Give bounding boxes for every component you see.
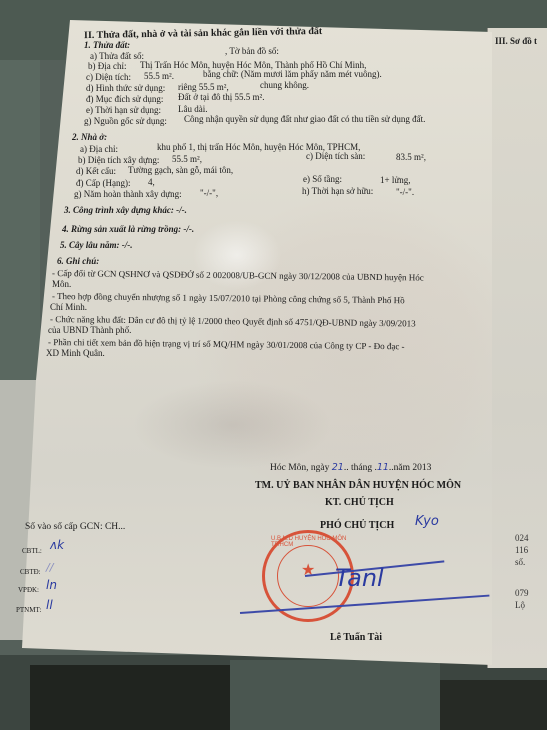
floor-area-label: c) Diện tích sàn:: [306, 151, 365, 162]
date-month: 11: [377, 462, 389, 473]
floor-area-value: 83.5 m²,: [396, 152, 426, 163]
perennial-trees: 5. Cây lâu năm: -/-.: [60, 240, 133, 251]
background-cloth: [30, 665, 230, 730]
note-line: Chí Minh.: [50, 302, 87, 313]
registry-initial-mark: ln: [46, 580, 57, 591]
usage-form-shared: chung không.: [260, 80, 309, 91]
registry-initial-mark: ll: [46, 600, 53, 611]
right-page: [487, 28, 547, 668]
authority-title: TM. UỶ BAN NHÂN DÂN HUYỆN HÓC MÔN: [255, 480, 461, 491]
date-day: 21: [332, 462, 344, 473]
map-sheet-label: , Tờ bản đồ số:: [225, 46, 279, 57]
registry-initial-label: VPĐK:: [18, 585, 39, 596]
right-page-fragment: 079: [515, 588, 529, 598]
right-page-heading: III. Sơ đồ t: [495, 36, 537, 46]
other-construction: 3. Công trình xây dựng khác: -/-.: [64, 205, 187, 216]
note-line: XD Minh Quân.: [46, 348, 105, 359]
usage-origin-value: Công nhận quyền sử dụng đất như giao đất…: [184, 114, 425, 125]
usage-purpose-label: đ) Mục đích sử dụng:: [86, 94, 163, 105]
note-line: của UBND Thành phố.: [48, 325, 131, 336]
land-area-words: bằng chữ: (Năm mươi lăm phẩy năm mét vuô…: [203, 69, 382, 80]
structure-value: Tường gạch, sàn gỗ, mái tôn,: [128, 165, 233, 176]
date-month-label: tháng: [351, 463, 372, 473]
note-line: Môn.: [52, 279, 71, 290]
signer-role-1: KT. CHỦ TỊCH: [325, 497, 394, 508]
background-cloth: [230, 660, 440, 730]
right-page-fragment: 024: [515, 533, 529, 543]
signer-role-2: PHÓ CHỦ TỊCH: [320, 520, 394, 531]
registry-initial-label: PTNMT:: [16, 605, 41, 616]
grade-value: 4,: [148, 177, 155, 188]
land-area-label: c) Diện tích:: [86, 72, 131, 83]
usage-term-label: e) Thời hạn sử dụng:: [86, 105, 161, 116]
usage-origin-label: g) Nguồn gốc sử dụng:: [84, 116, 167, 127]
registry-initial-label: CBTĐ:: [20, 567, 41, 578]
right-page-fragment: Lộ: [515, 600, 525, 610]
land-address-label: b) Địa chỉ:: [88, 61, 127, 72]
registry-initial-mark: //: [46, 562, 53, 573]
completion-year-value: "-/-",: [200, 188, 218, 199]
right-page-fragment: 116: [515, 545, 528, 555]
production-forest: 4. Rừng sản xuất là rừng trồng: -/-.: [62, 224, 194, 235]
floors-value: 1+ lửng,: [380, 175, 410, 186]
ownership-term-label: h) Thời hạn sở hữu:: [302, 186, 373, 197]
house-address-label: a) Địa chỉ:: [80, 144, 118, 155]
floors-label: e) Số tầng:: [303, 174, 342, 185]
signer-name: Lê Tuấn Tài: [330, 632, 382, 643]
date-prefix: Hóc Môn, ngày: [270, 463, 329, 473]
grade-label: đ) Cấp (Hạng):: [76, 178, 130, 189]
house-heading: 2. Nhà ở:: [72, 132, 107, 143]
background-cloth: [440, 680, 547, 730]
star-icon: ★: [301, 560, 315, 580]
registry-number: Số vào sổ cấp GCN: CH...: [25, 522, 125, 533]
registry-initial-mark: ʌk: [50, 540, 64, 551]
building-area-value: 55.5 m²,: [172, 154, 202, 165]
background-cloth: [0, 60, 40, 380]
main-signature: Tanl: [335, 565, 384, 591]
land-heading: 1. Thửa đất:: [84, 40, 130, 51]
completion-year-label: g) Năm hoàn thành xây dựng:: [74, 189, 182, 200]
usage-purpose-value: Đất ở tại đô thị 55.5 m².: [178, 92, 264, 103]
land-area-value: 55.5 m².: [144, 71, 174, 82]
smudge: [132, 380, 332, 470]
usage-form-label: d) Hình thức sử dụng:: [86, 83, 165, 94]
date-year: năm 2013: [394, 463, 432, 473]
registry-initial-label: CBTL:: [22, 546, 42, 557]
initials-signature: Kyo: [415, 516, 439, 527]
signing-date: Hóc Môn, ngày 21.. tháng .11..năm 2013: [270, 462, 431, 474]
structure-label: d) Kết cấu:: [76, 166, 116, 177]
notes-heading: 6. Ghi chú:: [57, 256, 99, 267]
right-page-fragment: số.: [515, 557, 525, 567]
ownership-term-value: "-/-".: [396, 187, 414, 198]
